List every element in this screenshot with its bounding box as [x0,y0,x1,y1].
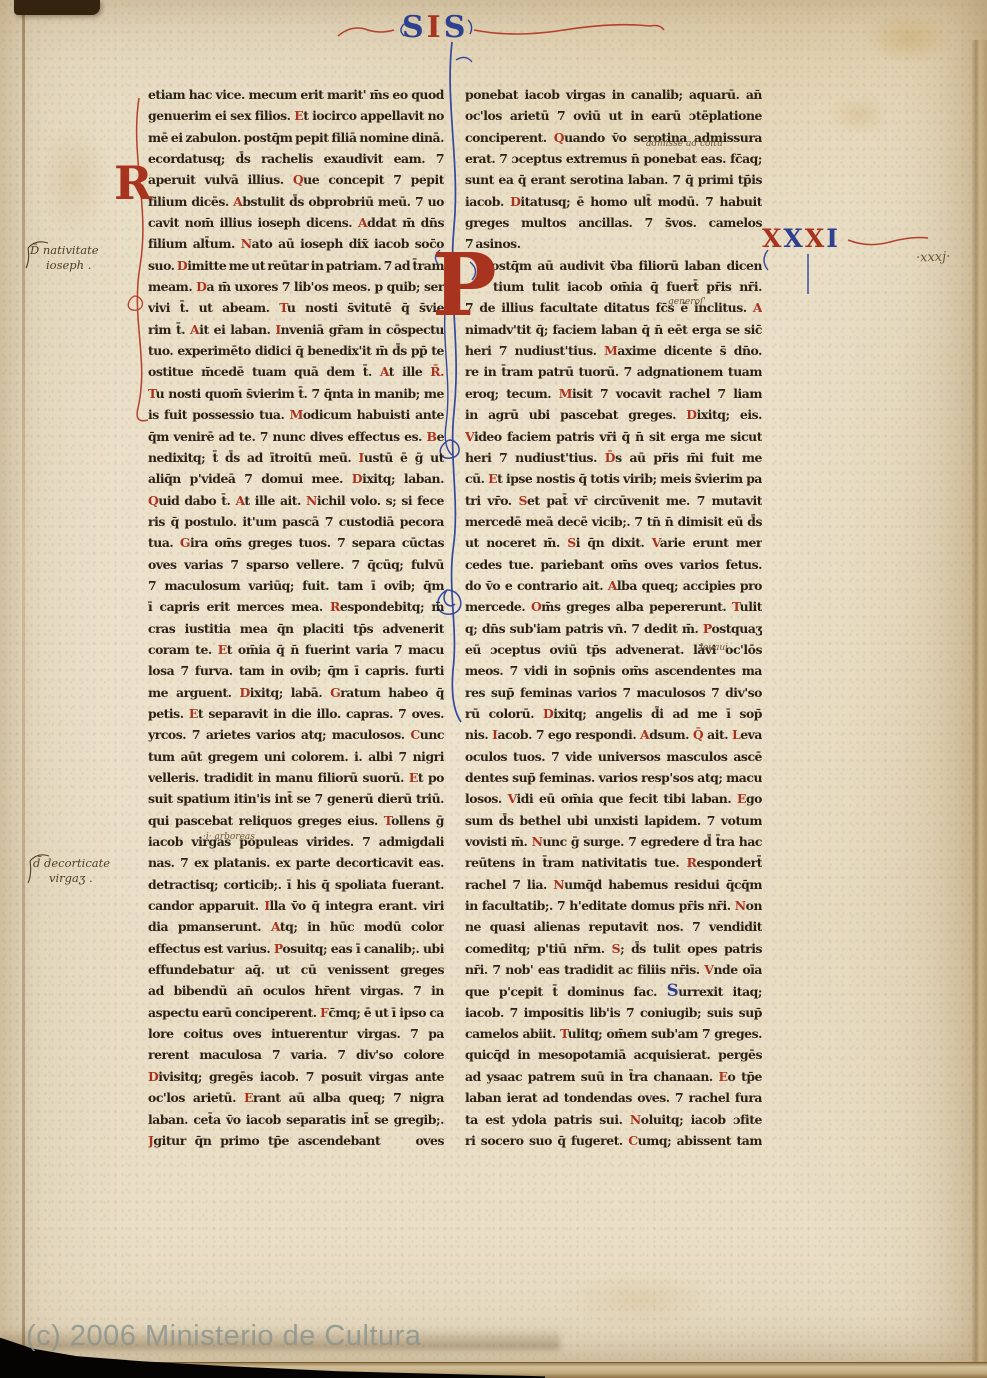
text-line: tua. Gira om̄s greges tuos. 7 separa cūc… [148,532,444,553]
text-line: effectus est varius. Posuitq; eas ī cana… [148,938,444,959]
text-line: tium tulit iacob om̄ia q̄ fuert̄ pr̄is n… [465,276,762,297]
text-line: sum d̄s bethel ubi unxisti lapidem. 7 vo… [465,810,762,831]
text-line: nr̄i. 7 nob' eas tradidit ac filiis nr̄i… [465,959,762,980]
text-line: camelos abiit. Tulitq; om̄em sub'am 7 gr… [465,1023,762,1044]
text-line: rū colorū. Dixitq; angelis d̄i ad me ī s… [465,703,762,724]
text-line: rachel 7 lia. Numq̄d habemus residui q̄c… [465,874,762,895]
text-line: meos. 7 vidi in sop̄nis om̄s ascendentes… [465,660,762,681]
text-line: Divisitq; gregēs iacob. 7 posuit virgas … [148,1066,444,1087]
text-line: mercede. Om̄s greges alba pepererunt. Tu… [465,596,762,617]
text-line: sunt ea q̄ erant serotina laban. 7 q̄ pr… [465,169,762,190]
text-line: meam. Da m̄ uxores 7 lib'os meos. p quib… [148,276,444,297]
text-line: ostitue m̄cedē tuam quā dem t̄. At ille … [148,361,444,382]
manuscript-photo: SIS XXXI ·xxxj· etiam hac vice. mecum er… [0,0,987,1378]
text-line: iacob. 7 impositis lib'is 7 coniugib; su… [465,1002,762,1023]
text-line: me arguent. Dixitq; labā. Gratum habeo q… [148,682,444,703]
text-line: filium dicēs. Abstulit d̄s obprobriū meū… [148,191,444,212]
marginal-chapter-numeral: ·xxxj· [916,249,951,265]
display-letter: S [402,10,427,45]
gutter-crease [22,0,25,1378]
text-line: oc'los arietū 7 oviū ut in earū ɔtēplati… [465,105,762,126]
margin-note: d̄ decorticatevirgaʒ . [33,856,110,886]
text-line: tri vr̄o. Set pat̄ vr̄ circūvenit me. 7 … [465,490,762,511]
text-line: mercedē meā decē vicib;. 7 tn̄ n̄ dimisi… [465,511,762,532]
text-line: heri 7 nudiust'tius. Maxime dicente s̄ d… [465,340,762,361]
text-line: 7 maculosum variūq; fuit. tam ī ovib; q̄… [148,575,444,596]
text-line: aperuit vulvā illius. Que concepit 7 pep… [148,169,444,190]
text-line: suo. Dimitte me ut reūtar in patriam. 7 … [148,255,444,276]
text-line: aspectu earū conciperent. Fc̄mq; ē ut ī … [148,1002,444,1023]
text-line: in agrū ubi pascebat greges. Dixitq; eis… [465,404,762,425]
text-line: nedixitq; t̄ d̄s ad ītroitū meū. Iustū ē… [148,447,444,468]
display-letter: X [783,224,804,253]
text-line: eroq; tecum. Misit 7 vocavit rachel 7 li… [465,383,762,404]
text-line: yrcos. 7 arietes varios atq; maculosos. … [148,724,444,745]
display-letter: I [826,224,840,253]
text-line: iacob. Ditatusq; ē homo ult̄ modū. 7 hab… [465,191,762,212]
text-line: greges multos ancillas. 7 s̄vos. camelos [465,212,762,233]
text-line: rerent maculosa 7 varia. 7 div'so colore… [148,1044,444,1065]
text-line: ut noceret m̄. Si q̄n dixit. Varie erunt… [465,532,762,553]
text-column-2: ponebat iacob virgas in canalib; aquarū.… [465,84,762,1151]
text-line: vovisti m̄. Nunc ḡ surge. 7 egredere d̄ … [465,831,762,852]
text-line: heri 7 nudiust'tius. D̄s aū pr̄is m̄i fu… [465,447,762,468]
text-line: ad bibendū an̄ oculos hr̄ent virgas. 7 i… [148,980,444,1001]
text-line: tum aūt gregem uni colorem. i. albi 7 ni… [148,746,444,767]
text-line: vivi t̄. ut abeam. Tu nosti s̄vitutē q̄ … [148,297,444,318]
text-line: nas. 7 ex platanis. ex parte decorticavi… [148,852,444,873]
text-line: 7 asinos. [465,233,762,254]
text-line: rim t̄. Ait ei laban. Inveniā gr̄am in c… [148,319,444,340]
text-line: que p'cepit t̄ dominus fac. Surrexit ita… [465,980,762,1001]
text-line: in facultatib;. 7 h'editate domus pr̄is … [465,895,762,916]
text-line: res sup̄ feminas varios 7 maculosos 7 di… [465,682,762,703]
text-line: ad ysaac patrem suū in t̄ra chanaan. Eo … [465,1066,762,1087]
interlinear-gloss: adm̄isse ad coitū [646,139,723,149]
text-line: qui pascebat reliquos greges eius. Tolle… [148,810,444,831]
text-line: cavit nom̄ illius ioseph dicens. Addat m… [148,212,444,233]
text-line: etiam hac vice. mecum erit marit' m̄s eo… [148,84,444,105]
text-line: laban ierat ad tondendas oves. 7 rachel … [465,1087,762,1108]
text-line: candor apparuit. Illa v̄o q̄ integra era… [148,895,444,916]
text-line: ponebat iacob virgas in canalib; aquarū.… [465,84,762,105]
text-line: ta est ydola patris sui. Noluitq; iacob … [465,1109,762,1130]
text-line: suit spatium itin'is int̄ se 7 generū di… [148,788,444,809]
margin-note-line: ioseph . [30,258,99,273]
text-line: oves varias 7 sparso vellere. 7 q̄cūq; f… [148,554,444,575]
text-line: genuerim ei sex filios. Et iocirco appel… [148,105,444,126]
page-right-edge [971,40,987,1368]
text-line: Quid dabo t̄. At ille ait. Nichil volo. … [148,490,444,511]
copyright-watermark: (c) 2006 Ministerio de Cultura [26,1320,421,1353]
display-letter: S [444,10,469,45]
text-line: quicq̄d in mesopotamiā acquisierat. perg… [465,1044,762,1065]
display-letter: X [762,224,783,253]
margin-note-line: d̄ decorticate [33,856,110,871]
text-line: losa 7 furva. tam in ovib; q̄m ī capris.… [148,660,444,681]
text-line: velleris. tradidit in manu filiorū suorū… [148,767,444,788]
text-line: filium alt̄um. Nato aū ioseph dix̄ iacob… [148,233,444,254]
text-line: Video faciem patris vr̄i q̄ n̄ sit erga … [465,426,762,447]
text-column-1: etiam hac vice. mecum erit marit' m̄s eo… [148,84,444,1151]
text-line: erat. 7 ɔceptus extremus n̄ ponebat eas.… [465,148,762,169]
display-letter: I [427,10,444,45]
interlinear-gloss: ·i· arboreas [203,832,255,842]
text-line: mē ei zabulon. postq̄m pepit filiā nomin… [148,127,444,148]
text-line: oculos tuos. 7 vide universos masculos a… [465,746,762,767]
text-line: iacob virgas populeas virides. 7 admigda… [148,831,444,852]
text-line: coram te. Et om̄ia q̄ n̄ fuerint varia 7… [148,639,444,660]
text-line: is fuit possessio tua. Modicum habuisti … [148,404,444,425]
text-line: effundebatur aq̄. ut cū venissent greges [148,959,444,980]
text-line: 7 de illius facultate ditatus fc̄s ē inc… [465,297,762,318]
drop-cap-R: R [114,163,152,204]
interlinear-gloss: leuaui [700,643,728,653]
text-line: dentes sup̄ feminas. varios resp'sos atq… [465,767,762,788]
text-line: dia pmanserunt. Atq; in hūc modū color [148,916,444,937]
text-line: re in t̄ram patrū tuorū. 7 adgnationem t… [465,361,762,382]
binding-fragment [14,0,100,15]
text-line: tuo. experimēto didici q̄ benedix'it m̄ … [148,340,444,361]
text-line: petis. Et separavit in die illo. capras.… [148,703,444,724]
text-line: Jgitur q̄n primo tp̄e ascendebant oves [148,1130,444,1151]
text-line: losos. Vidi eū om̄ia que fecit tibi laba… [465,788,762,809]
text-line: aliq̄n p'videā 7 domui mee. Dixitq; laba… [148,468,444,489]
text-line: reūtens in t̄ram nativitatis tue. Respon… [465,852,762,873]
text-line: ī capris erit merces mea. Respondebitq; … [148,596,444,617]
text-line: lore coitus oves intuerentur virgas. 7 p… [148,1023,444,1044]
text-line: q̄m venirē ad te. 7 nunc dives effectus … [148,426,444,447]
text-line: detractisq; corticib;. ī his q̄ spoliata… [148,874,444,895]
text-line: nis. Iacob. 7 ego respondi. Adsum. Q̄ ai… [465,724,762,745]
text-line: comeditq; p'tiū nr̄m. S; d̄s tulit opes … [465,938,762,959]
margin-note-line: virgaʒ . [33,871,110,886]
text-line: ris q̄ postulo. it'um pascā 7 custodiā p… [148,511,444,532]
text-line: ri socero suo q̄ fugeret. Cumq; abissent… [465,1130,762,1151]
text-line: cū. Et ipse nostis q̄ totis virib; meis … [465,468,762,489]
text-line: ostq̄m aū audivit v̄ba filiorū laban dic… [465,255,762,276]
margin-note-line: D̄ nativitate [30,243,99,258]
text-line: laban. cet̄a v̄o iacob separatis int̄ se… [148,1109,444,1130]
chapter-number-XXXI: XXXI [762,224,840,253]
drop-cap-P: P [432,247,497,324]
text-line: q; dn̄s sub'iam patris vn̄. 7 dedit m̄. … [465,618,762,639]
text-line: cras iustitia mea q̄n placiti tp̄s adven… [148,618,444,639]
display-letter: X [805,224,826,253]
text-line: Tu nosti quom̄ s̄vierim t̄. 7 q̄nta in m… [148,383,444,404]
text-line: ne quasi alienas reputavit nos. 7 vendid… [465,916,762,937]
text-line: ecordatusq; d̄s rachelis exaudivit eam. … [148,148,444,169]
margin-note: D̄ nativitateioseph . [30,243,99,273]
text-line: do v̄o e contrario ait. Alba queq; accip… [465,575,762,596]
running-title: SIS [402,10,468,45]
text-line: nimadv'tit q̄; faciem laban q̄ n̄ eēt er… [465,319,762,340]
text-line: oc'los arietū. Erant aū alba queq; 7 nig… [148,1087,444,1108]
text-line: cedes tue. pariebant om̄s oves varios fe… [465,554,762,575]
interlinear-gloss: generoſ' [668,297,706,307]
